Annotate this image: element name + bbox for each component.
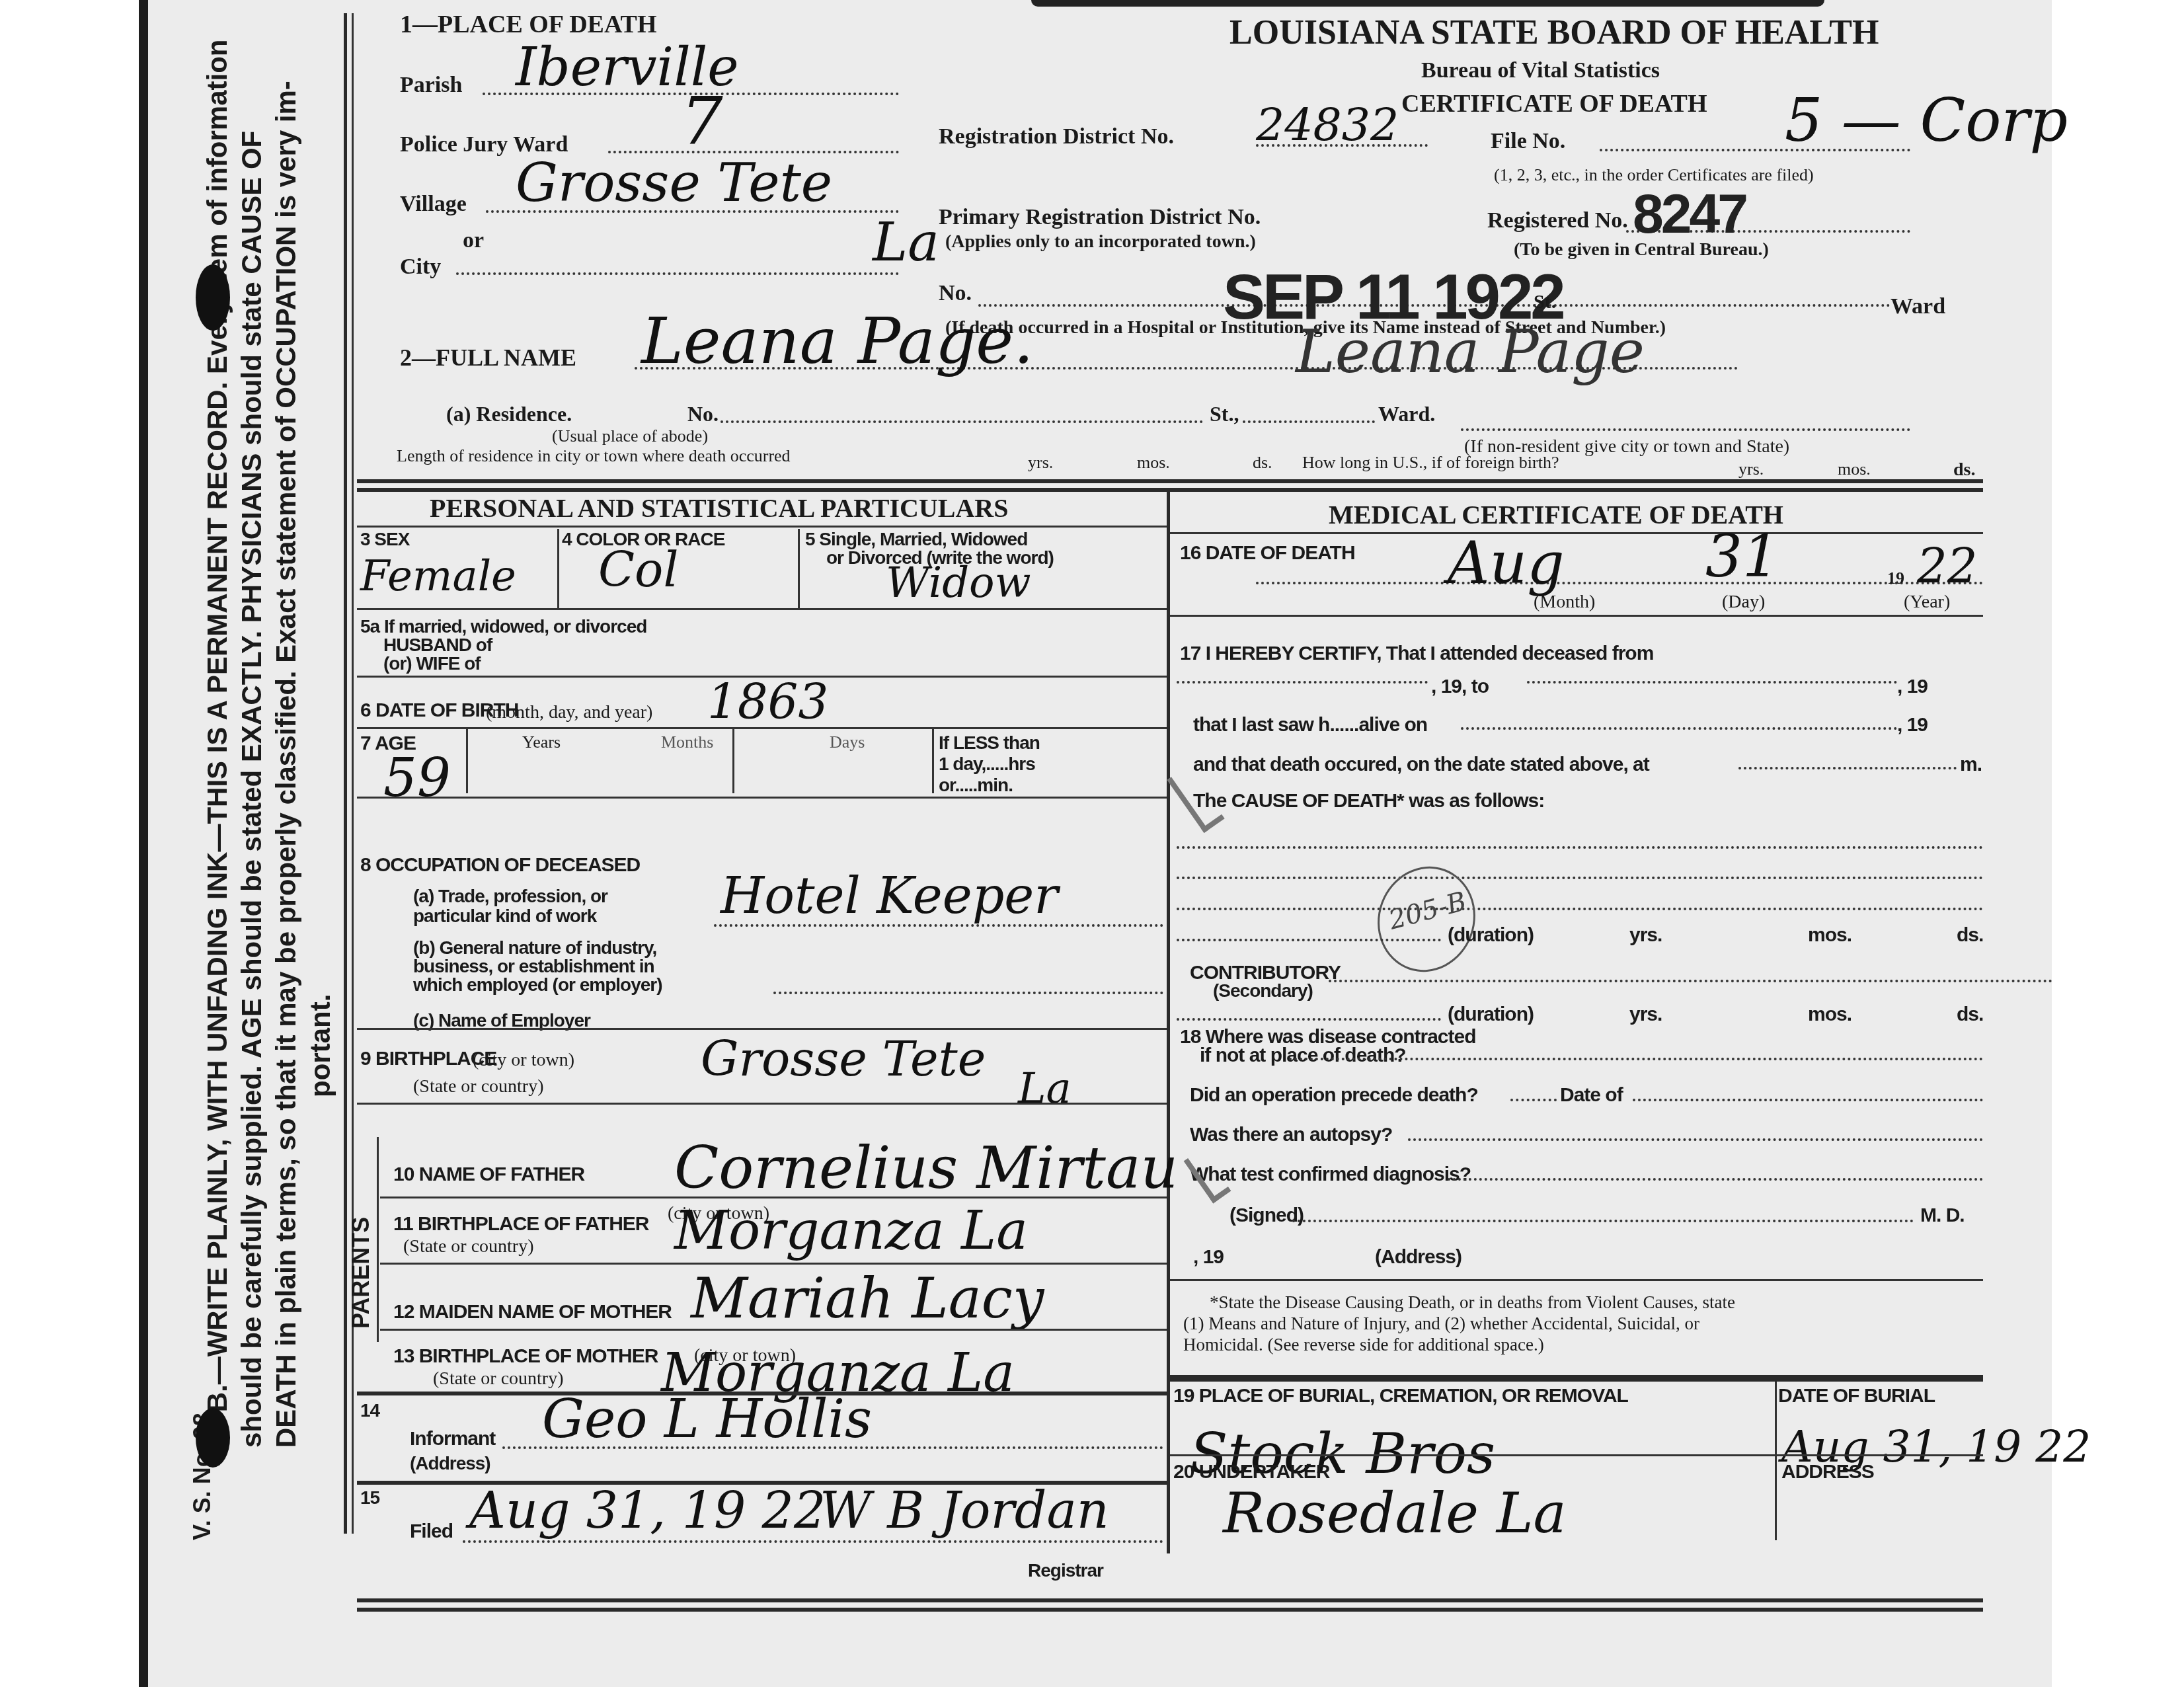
operation-label: Did an operation precede death? bbox=[1190, 1084, 1478, 1107]
parish-label: Parish bbox=[400, 73, 462, 98]
age-years-divider bbox=[466, 727, 468, 793]
village-value: Grosse Tete bbox=[516, 152, 832, 214]
duration-label-2: (duration) bbox=[1448, 1003, 1534, 1026]
us-ds-label: ds. bbox=[1953, 459, 1975, 481]
spouse-label-3: (or) WIFE of bbox=[383, 653, 481, 674]
or-label: or bbox=[463, 228, 484, 253]
city-value: La bbox=[873, 212, 939, 273]
birthplace-sub: (city or town) bbox=[473, 1050, 574, 1071]
last-saw-line bbox=[1461, 727, 1897, 730]
row-rule-6 bbox=[357, 1103, 1167, 1105]
secondary-label: (Secondary) bbox=[1213, 980, 1313, 1001]
side-instruction-2: should be carefully supplied. AGE should… bbox=[236, 131, 268, 1448]
duration-ds-2: ds. bbox=[1957, 1003, 1983, 1026]
footnote-1: *State the Disease Causing Death, or in … bbox=[1210, 1292, 1735, 1313]
personal-title-rule bbox=[357, 526, 1167, 528]
sex-race-divider bbox=[557, 529, 559, 608]
cause-line-1 bbox=[1177, 846, 1983, 849]
birthplace-state-value: La bbox=[1018, 1064, 1072, 1113]
burial-mid-rule bbox=[1170, 1454, 1983, 1456]
dod-month: Aug bbox=[1448, 529, 1565, 597]
birthplace-state-label: (State or country) bbox=[413, 1076, 544, 1097]
less-than-3: or.....min. bbox=[939, 775, 1013, 796]
residence-no-label: No. bbox=[687, 402, 719, 426]
dod-year-prefix: 19 bbox=[1887, 569, 1904, 588]
full-name-value-duplicate: Leana Page bbox=[1296, 317, 1645, 387]
file-no-label: File No. bbox=[1491, 129, 1565, 154]
ward-value: 7 bbox=[681, 83, 723, 160]
mother-bp-state-label: (State or country) bbox=[433, 1368, 564, 1390]
duration-line-2 bbox=[1177, 1018, 1441, 1021]
duration-ds-1: ds. bbox=[1957, 924, 1983, 947]
burial-date-label: DATE OF BURIAL bbox=[1778, 1385, 1935, 1407]
city-label: City bbox=[400, 255, 441, 280]
m-label: m. bbox=[1960, 754, 1982, 776]
age-months-label: Months bbox=[661, 732, 713, 752]
date-of-label: Date of bbox=[1560, 1084, 1623, 1107]
full-name-label: 2—FULL NAME bbox=[400, 344, 576, 372]
us-yrs-label: yrs. bbox=[1738, 459, 1764, 479]
year-label: (Year) bbox=[1904, 592, 1950, 613]
filed-number: 15 bbox=[360, 1487, 379, 1509]
ward2-label: Ward bbox=[1891, 294, 1945, 319]
age-months-divider bbox=[732, 727, 734, 793]
attended-from-line bbox=[1177, 681, 1428, 684]
father-bp-value: Morganza La bbox=[674, 1200, 1028, 1261]
father-bp-state-label: (State or country) bbox=[403, 1236, 534, 1257]
paper-top-edge bbox=[1031, 0, 1824, 7]
registrar-signature: W B Jordan bbox=[820, 1481, 1109, 1540]
row-rule-9 bbox=[380, 1329, 1167, 1331]
row-rule-4 bbox=[357, 797, 1167, 799]
filed-line bbox=[463, 1540, 1163, 1543]
undertaker-label: 20 UNDERTAKER bbox=[1173, 1461, 1329, 1483]
bottom-rule-2 bbox=[357, 1608, 1983, 1612]
last-saw-label: that I last saw h......alive on bbox=[1193, 714, 1427, 736]
us-mos-label: mos. bbox=[1838, 459, 1871, 479]
age-days-label: Days bbox=[830, 732, 865, 752]
row-rule-7 bbox=[380, 1197, 1167, 1198]
place-of-death-label: 1—PLACE OF DEATH bbox=[400, 10, 656, 39]
informant-label: Informant bbox=[410, 1428, 495, 1450]
section-divider-1 bbox=[357, 479, 1983, 483]
undertaker-address-label: ADDRESS bbox=[1781, 1461, 1874, 1483]
test-label: What test confirmed diagnosis? bbox=[1190, 1163, 1471, 1186]
to-year-label: , 19 bbox=[1897, 676, 1928, 698]
death-time-line bbox=[1738, 767, 1957, 769]
side-instruction-4: portant. bbox=[305, 994, 336, 1097]
city-line bbox=[456, 272, 899, 275]
marital-value: Widow bbox=[886, 559, 1031, 608]
last-saw-year-label: , 19 bbox=[1897, 714, 1928, 736]
autopsy-label: Was there an autopsy? bbox=[1190, 1124, 1392, 1146]
primary-reg-note: (Applies only to an incorporated town.) bbox=[945, 231, 1256, 253]
from-to-label: , 19, to bbox=[1431, 676, 1489, 698]
duration-yrs-2: yrs. bbox=[1629, 1003, 1662, 1026]
less-than-2: 1 day,.....hrs bbox=[939, 754, 1035, 775]
occ-a-label-1: (a) Trade, profession, or bbox=[413, 886, 607, 907]
md-label: M. D. bbox=[1920, 1204, 1965, 1227]
burial-divider bbox=[1775, 1382, 1777, 1540]
filed-label: Filed bbox=[410, 1520, 453, 1543]
informant-number: 14 bbox=[360, 1400, 379, 1421]
test-line bbox=[1448, 1178, 1983, 1181]
column-divider bbox=[1167, 490, 1170, 1553]
month-label: (Month) bbox=[1534, 592, 1595, 613]
residence-st-line bbox=[1243, 420, 1375, 423]
dod-rule bbox=[1170, 615, 1983, 617]
reg-district-label: Registration District No. bbox=[939, 124, 1174, 149]
dod-label: 16 DATE OF DEATH bbox=[1180, 542, 1355, 565]
duration-mos-1: mos. bbox=[1808, 924, 1852, 947]
duration-line-1 bbox=[1177, 939, 1441, 941]
footnote-2: (1) Means and Nature of Injury, and (2) … bbox=[1183, 1314, 1699, 1334]
registrar-label: Registrar bbox=[1028, 1560, 1103, 1581]
duration-mos-2: mos. bbox=[1808, 1003, 1852, 1026]
bureau-title: Bureau of Vital Statistics bbox=[1421, 58, 1660, 83]
row-rule-3 bbox=[357, 727, 1167, 729]
cause-line-3 bbox=[1177, 908, 1983, 910]
length-mos-label: mos. bbox=[1137, 453, 1170, 473]
occ-a-label-2: particular kind of work bbox=[413, 906, 596, 927]
row-rule-1 bbox=[357, 608, 1167, 610]
contributory-line bbox=[1329, 980, 2052, 982]
mother-value: Mariah Lacy bbox=[691, 1266, 1044, 1331]
filed-value: Aug 31, 19 22 bbox=[469, 1481, 826, 1540]
undertaker-value: Rosedale La bbox=[1223, 1481, 1567, 1546]
personal-title: PERSONAL AND STATISTICAL PARTICULARS bbox=[430, 492, 1008, 524]
operation-date-line bbox=[1633, 1099, 1983, 1101]
age-days-divider bbox=[932, 727, 934, 793]
ink-blot-top bbox=[196, 264, 230, 331]
parents-divider bbox=[377, 1137, 379, 1342]
no-label: No. bbox=[939, 281, 972, 306]
certificate-title: CERTIFICATE OF DEATH bbox=[1401, 89, 1707, 118]
row-rule-5 bbox=[357, 1028, 1167, 1030]
dod-line bbox=[1256, 582, 1983, 584]
side-instruction-3: DEATH in plain terms, so that it may be … bbox=[270, 81, 302, 1448]
death-occurred-label: and that death occured, on the date stat… bbox=[1193, 754, 1649, 776]
occupation-label: 8 OCCUPATION OF DECEASED bbox=[360, 854, 640, 877]
residence-no-line bbox=[721, 420, 1203, 423]
burial-place-label: 19 PLACE OF BURIAL, CREMATION, OR REMOVA… bbox=[1173, 1385, 1628, 1407]
st-label: St. bbox=[1534, 291, 1556, 313]
occ-b-line bbox=[773, 992, 1163, 994]
side-instruction-1: N. B.—WRITE PLAINLY, WITH UNFADING INK—T… bbox=[202, 40, 233, 1448]
residence-st-label: St., bbox=[1210, 402, 1239, 426]
registered-no-note: (To be given in Central Bureau.) bbox=[1514, 239, 1769, 260]
parents-label: PARENTS bbox=[347, 1217, 375, 1329]
sign-date-label: , 19 bbox=[1193, 1246, 1224, 1269]
father-value: Cornelius Mirtau bbox=[674, 1134, 1178, 1202]
mother-bp-label: 13 BIRTHPLACE OF MOTHER bbox=[393, 1345, 658, 1368]
occ-b-label-3: which employed (or employer) bbox=[413, 974, 662, 996]
autopsy-line bbox=[1408, 1138, 1983, 1141]
sign-address-label: (Address) bbox=[1375, 1246, 1462, 1269]
signed-label: (Signed) bbox=[1229, 1204, 1304, 1227]
occ-a-value: Hotel Keeper bbox=[721, 866, 1058, 925]
bottom-rule-1 bbox=[357, 1598, 1983, 1602]
footnote-3: Homicidal. (See reverse side for additio… bbox=[1183, 1335, 1544, 1355]
row-rule-8 bbox=[380, 1263, 1167, 1265]
board-title: LOUISIANA STATE BOARD OF HEALTH bbox=[1229, 13, 1879, 52]
age-years-label: Years bbox=[522, 732, 561, 752]
father-label: 10 NAME OF FATHER bbox=[393, 1163, 584, 1186]
father-bp-label: 11 BIRTHPLACE OF FATHER bbox=[393, 1213, 648, 1236]
full-name-value: Leana Page. bbox=[641, 304, 1034, 378]
sex-value: Female bbox=[360, 552, 516, 601]
section-divider-2 bbox=[357, 488, 1983, 492]
residence-ward-label: Ward. bbox=[1378, 402, 1435, 426]
length-ds-label: ds. bbox=[1253, 453, 1272, 473]
dod-year: 22 bbox=[1917, 539, 1978, 594]
informant-value: Geo L Hollis bbox=[542, 1388, 872, 1450]
cause-label: The CAUSE OF DEATH* was as follows: bbox=[1193, 790, 1544, 812]
race-marital-divider bbox=[798, 529, 800, 608]
sex-label: 3 SEX bbox=[360, 529, 409, 550]
signed-line bbox=[1292, 1220, 1914, 1222]
contracted-line bbox=[1289, 1058, 1983, 1060]
less-than-1: If LESS than bbox=[939, 732, 1040, 754]
duration-yrs-1: yrs. bbox=[1629, 924, 1662, 947]
ink-blot-bottom bbox=[196, 1408, 230, 1468]
residence-label: (a) Residence. bbox=[446, 402, 572, 426]
dod-day: 31 bbox=[1705, 522, 1779, 590]
footnote-rule bbox=[1170, 1279, 1983, 1281]
registered-no-value: 8247 bbox=[1633, 182, 1746, 246]
race-value: Col bbox=[598, 542, 678, 598]
mother-label: 12 MAIDEN NAME OF MOTHER bbox=[393, 1301, 672, 1323]
primary-reg-label: Primary Registration District No. bbox=[939, 205, 1261, 230]
certify-line: 17 I HEREBY CERTIFY, That I attended dec… bbox=[1180, 643, 1653, 665]
length-residence-label: Length of residence in city or town wher… bbox=[397, 446, 791, 466]
length-yrs-label: yrs. bbox=[1028, 453, 1053, 473]
age-value: 59 bbox=[383, 747, 451, 808]
medical-title-rule bbox=[1170, 532, 1983, 534]
operation-line bbox=[1510, 1099, 1557, 1101]
informant-address-label: (Address) bbox=[410, 1453, 490, 1474]
reg-district-value: 24832 bbox=[1256, 99, 1399, 151]
burial-top-rule bbox=[1170, 1375, 1983, 1382]
dob-value: 1863 bbox=[707, 674, 828, 730]
nonresident-line bbox=[1461, 428, 1910, 431]
day-label: (Day) bbox=[1722, 592, 1765, 613]
us-duration-label: How long in U.S., if of foreign birth? bbox=[1302, 453, 1559, 473]
attended-to-line bbox=[1527, 681, 1897, 684]
corner-annotation: 5 — Corp bbox=[1785, 86, 2068, 155]
dob-sub: (month, day, and year) bbox=[486, 702, 652, 723]
duration-label-1: (duration) bbox=[1448, 924, 1534, 947]
registered-no-label: Registered No. bbox=[1487, 208, 1628, 233]
birthplace-value: Grosse Tete bbox=[701, 1031, 986, 1087]
abode-note: (Usual place of abode) bbox=[552, 426, 708, 446]
file-no-line bbox=[1600, 149, 1910, 151]
contracted-label-2: if not at place of death? bbox=[1200, 1044, 1406, 1067]
village-label: Village bbox=[400, 192, 467, 217]
cause-line-2 bbox=[1177, 877, 1983, 879]
